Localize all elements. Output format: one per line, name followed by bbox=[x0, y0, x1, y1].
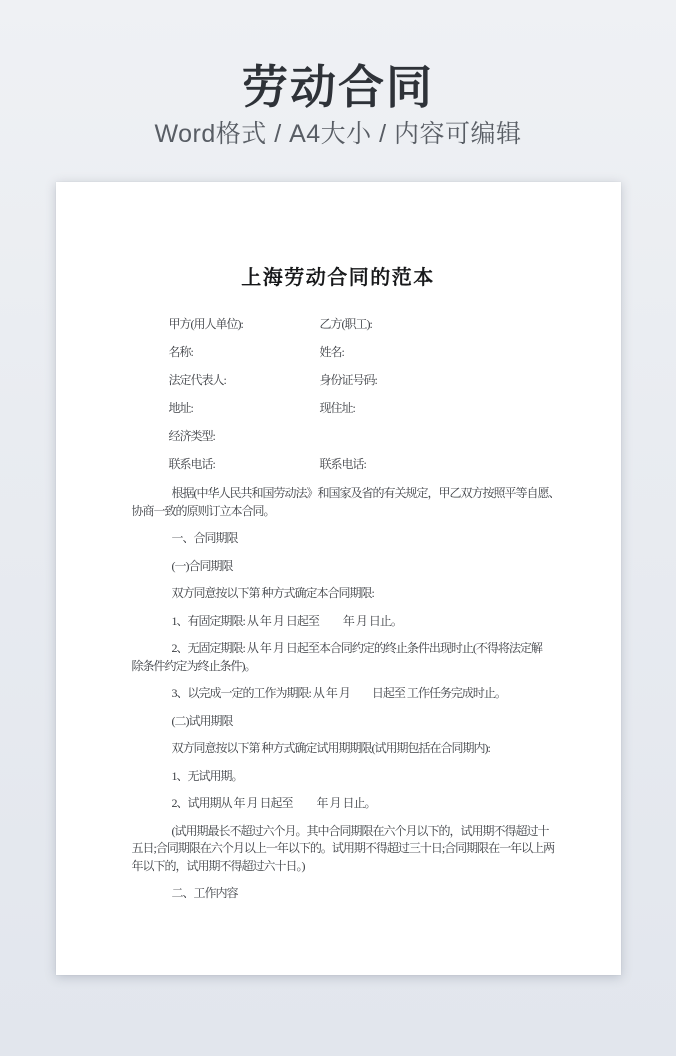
info-label-right: 现住址: bbox=[320, 401, 355, 415]
paragraph: 1、有固定期限: 从 年 月 日起至 年 月 日止。 bbox=[132, 613, 568, 631]
document-title: 上海劳动合同的范本 bbox=[56, 267, 621, 290]
paragraph: 二、工作内容 bbox=[132, 885, 568, 903]
info-label-right: 身份证号码: bbox=[320, 373, 377, 387]
info-label-right: 乙方(职工): bbox=[320, 317, 372, 331]
info-label-left: 法定代表人: bbox=[169, 373, 318, 387]
paragraph: 2、试用期从 年 月 日起至 年 月 日止。 bbox=[132, 795, 568, 813]
paragraph: 一、合同期限 bbox=[132, 530, 568, 548]
paragraph: 2、无固定期限: 从 年 月 日起至本合同约定的终止条件出现时止(不得将法定解 … bbox=[132, 640, 568, 675]
paragraph: (试用期最长不超过六个月。其中合同期限在六个月以下的，试用期不得超过十 五日;合… bbox=[132, 823, 568, 876]
info-label-left: 甲方(用人单位): bbox=[169, 317, 318, 331]
paragraph: 双方同意按以下第 种方式确定试用期期限(试用期包括在合同期内): bbox=[132, 740, 568, 758]
page-subtitle: Word格式 / A4大小 / 内容可编辑 bbox=[0, 119, 676, 149]
page-title: 劳动合同 bbox=[0, 0, 676, 112]
info-row: 经济类型: bbox=[169, 429, 568, 443]
info-row: 法定代表人: 身份证号码: bbox=[169, 373, 568, 387]
info-row: 地址: 现住址: bbox=[169, 401, 568, 415]
header: 劳动合同 Word格式 / A4大小 / 内容可编辑 bbox=[0, 0, 676, 149]
paragraph: 1、无试用期。 bbox=[132, 768, 568, 786]
paragraph: (一)合同期限 bbox=[132, 558, 568, 576]
paragraph: 3、以完成一定的工作为期限: 从 年 月 日起至 工作任务完成时止。 bbox=[132, 685, 568, 703]
info-label-left: 地址: bbox=[169, 401, 318, 415]
document-page: 上海劳动合同的范本 甲方(用人单位): 乙方(职工): 名称: 姓名: 法定代表… bbox=[56, 182, 621, 975]
party-info-section: 甲方(用人单位): 乙方(职工): 名称: 姓名: 法定代表人: 身份证号码: … bbox=[132, 317, 568, 471]
info-label-right: 联系电话: bbox=[320, 457, 366, 471]
paragraph: 根据(中华人民共和国劳动法》和国家及省的有关规定，甲乙双方按照平等自愿、 协商一… bbox=[132, 485, 568, 520]
page-background: 劳动合同 Word格式 / A4大小 / 内容可编辑 上海劳动合同的范本 甲方(… bbox=[0, 0, 676, 1056]
info-label-left: 联系电话: bbox=[169, 457, 318, 471]
paragraph: (二)试用期限 bbox=[132, 713, 568, 731]
contract-body: 根据(中华人民共和国劳动法》和国家及省的有关规定，甲乙双方按照平等自愿、 协商一… bbox=[132, 485, 568, 903]
info-row: 联系电话: 联系电话: bbox=[169, 457, 568, 471]
info-label-left: 名称: bbox=[169, 345, 318, 359]
paragraph: 双方同意按以下第 种方式确定本合同期限: bbox=[132, 585, 568, 603]
info-label-left: 经济类型: bbox=[169, 429, 318, 443]
info-row: 甲方(用人单位): 乙方(职工): bbox=[169, 317, 568, 331]
info-row: 名称: 姓名: bbox=[169, 345, 568, 359]
info-label-right: 姓名: bbox=[320, 345, 344, 359]
